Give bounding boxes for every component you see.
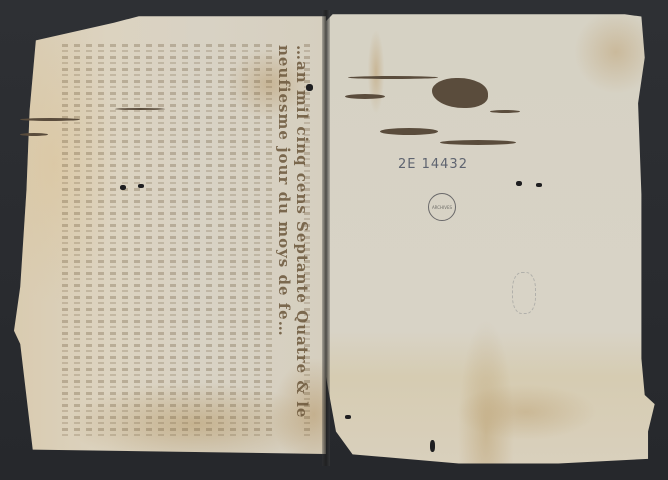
worm-hole: [345, 415, 351, 419]
ink-streak: [115, 108, 165, 110]
handwriting-line: [230, 44, 236, 439]
ink-streak: [348, 76, 438, 79]
handwriting-line: [242, 44, 248, 439]
worm-hole: [430, 440, 435, 452]
stamp-label: ARCHIVES: [432, 205, 452, 210]
worm-hole: [120, 185, 126, 190]
handwriting-line: [134, 44, 140, 439]
worm-hole: [306, 84, 313, 91]
handwriting-line: [110, 44, 116, 439]
ink-streak: [380, 128, 438, 135]
right-page: [326, 12, 658, 468]
handwriting-line: [182, 44, 188, 439]
handwriting-line: [254, 44, 260, 439]
archive-stamp: ARCHIVES: [428, 193, 456, 221]
book-spine: [322, 10, 330, 466]
worm-hole: [138, 184, 144, 188]
handwriting-line: [218, 44, 224, 439]
handwriting-line: [62, 44, 68, 439]
handwriting-line: [266, 44, 272, 439]
handwriting-line: [74, 44, 80, 439]
worm-hole: [536, 183, 542, 187]
handwriting-line: [206, 44, 212, 439]
worm-hole: [516, 181, 522, 186]
handwriting-line: [194, 44, 200, 439]
handwriting-line: [122, 44, 128, 439]
ink-streak: [20, 133, 48, 136]
handwriting-line: [98, 44, 104, 439]
archive-reference-number: 2E 14432: [398, 157, 468, 172]
ink-streak: [345, 94, 385, 99]
vertical-heading-text: …an mil cinq cens Septante Quatre & le n…: [275, 45, 311, 480]
handwriting-line: [170, 44, 176, 439]
handwriting-line: [158, 44, 164, 439]
handwriting-line: [146, 44, 152, 439]
ink-streak: [20, 118, 80, 121]
ink-streak: [440, 140, 516, 145]
faint-watermark: [512, 272, 536, 314]
ink-streak: [490, 110, 520, 113]
handwriting-line: [86, 44, 92, 439]
